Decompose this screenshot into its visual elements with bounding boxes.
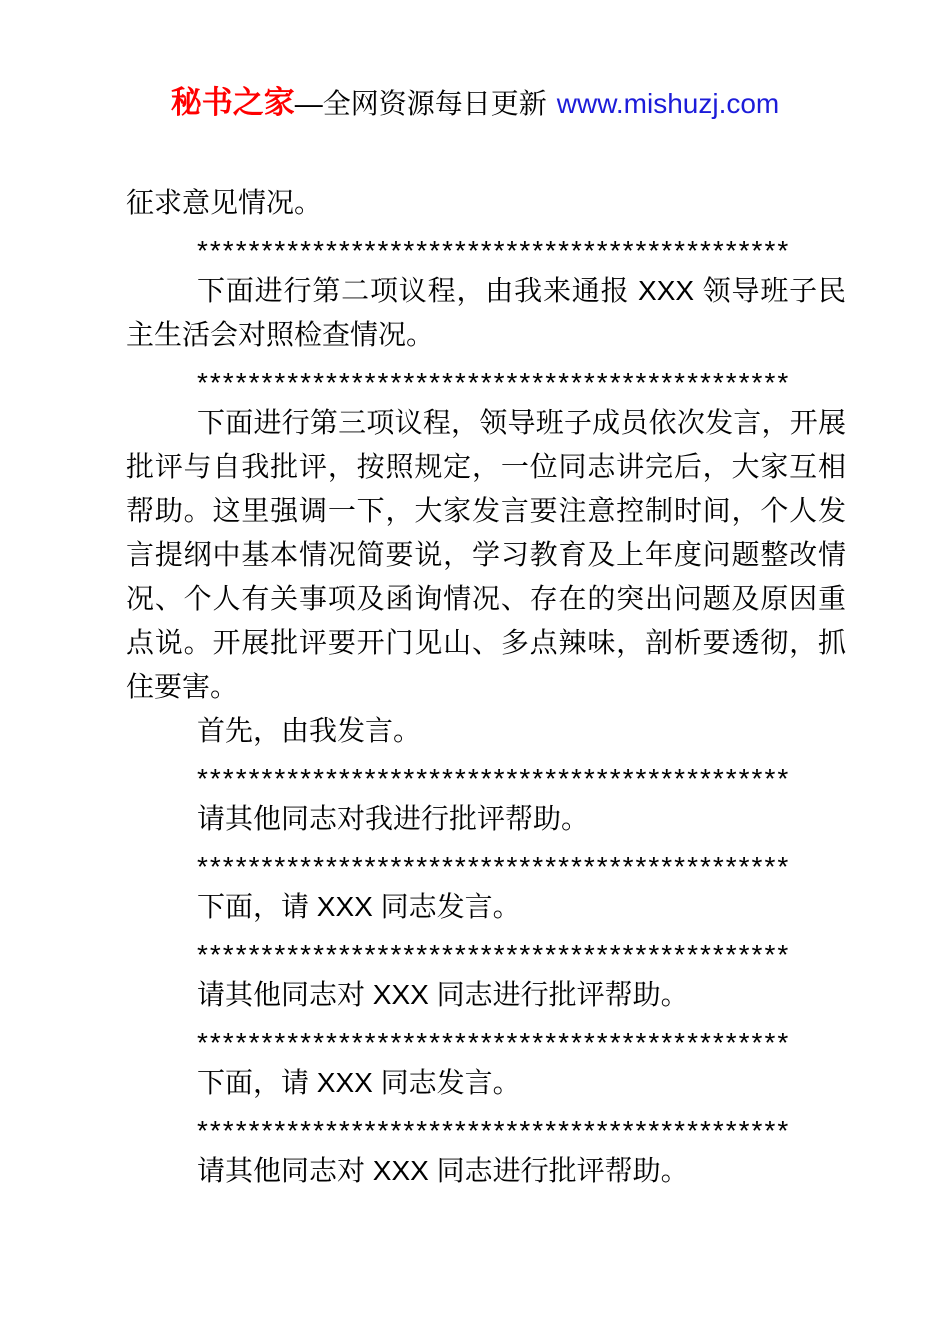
document-page: 秘书之家—全网资源每日更新www.mishuzj.com 征求意见情况。 ***… [0,0,950,1344]
site-header: 秘书之家—全网资源每日更新www.mishuzj.com [0,0,950,123]
paragraph-agenda-2: 下面进行第二项议程，由我来通报 XXX 领导班子民主生活会对照检查情况。 [126,269,846,357]
separator-line: ****************************************… [126,229,846,273]
site-tagline: —全网资源每日更新 [295,88,547,119]
paragraph-invite-criticism-self: 请其他同志对我进行批评帮助。 [126,797,846,841]
paragraph-next-speaker-1: 下面，请 XXX 同志发言。 [126,885,846,929]
separator-line: ****************************************… [126,1021,846,1065]
paragraph-invite-criticism-1: 请其他同志对 XXX 同志进行批评帮助。 [126,973,846,1017]
paragraph-invite-criticism-2: 请其他同志对 XXX 同志进行批评帮助。 [126,1149,846,1193]
separator-line: ****************************************… [126,845,846,889]
document-body: 征求意见情况。 ********************************… [126,181,846,1193]
site-url-link[interactable]: www.mishuzj.com [557,88,779,119]
paragraph-continuation: 征求意见情况。 [126,181,846,225]
separator-line: ****************************************… [126,361,846,405]
site-brand: 秘书之家 [171,85,295,120]
paragraph-agenda-3: 下面进行第三项议程，领导班子成员依次发言，开展批评与自我批评，按照规定，一位同志… [126,401,846,709]
separator-line: ****************************************… [126,757,846,801]
paragraph-first-speech: 首先，由我发言。 [126,709,846,753]
separator-line: ****************************************… [126,1109,846,1153]
separator-line: ****************************************… [126,933,846,977]
paragraph-next-speaker-2: 下面，请 XXX 同志发言。 [126,1061,846,1105]
